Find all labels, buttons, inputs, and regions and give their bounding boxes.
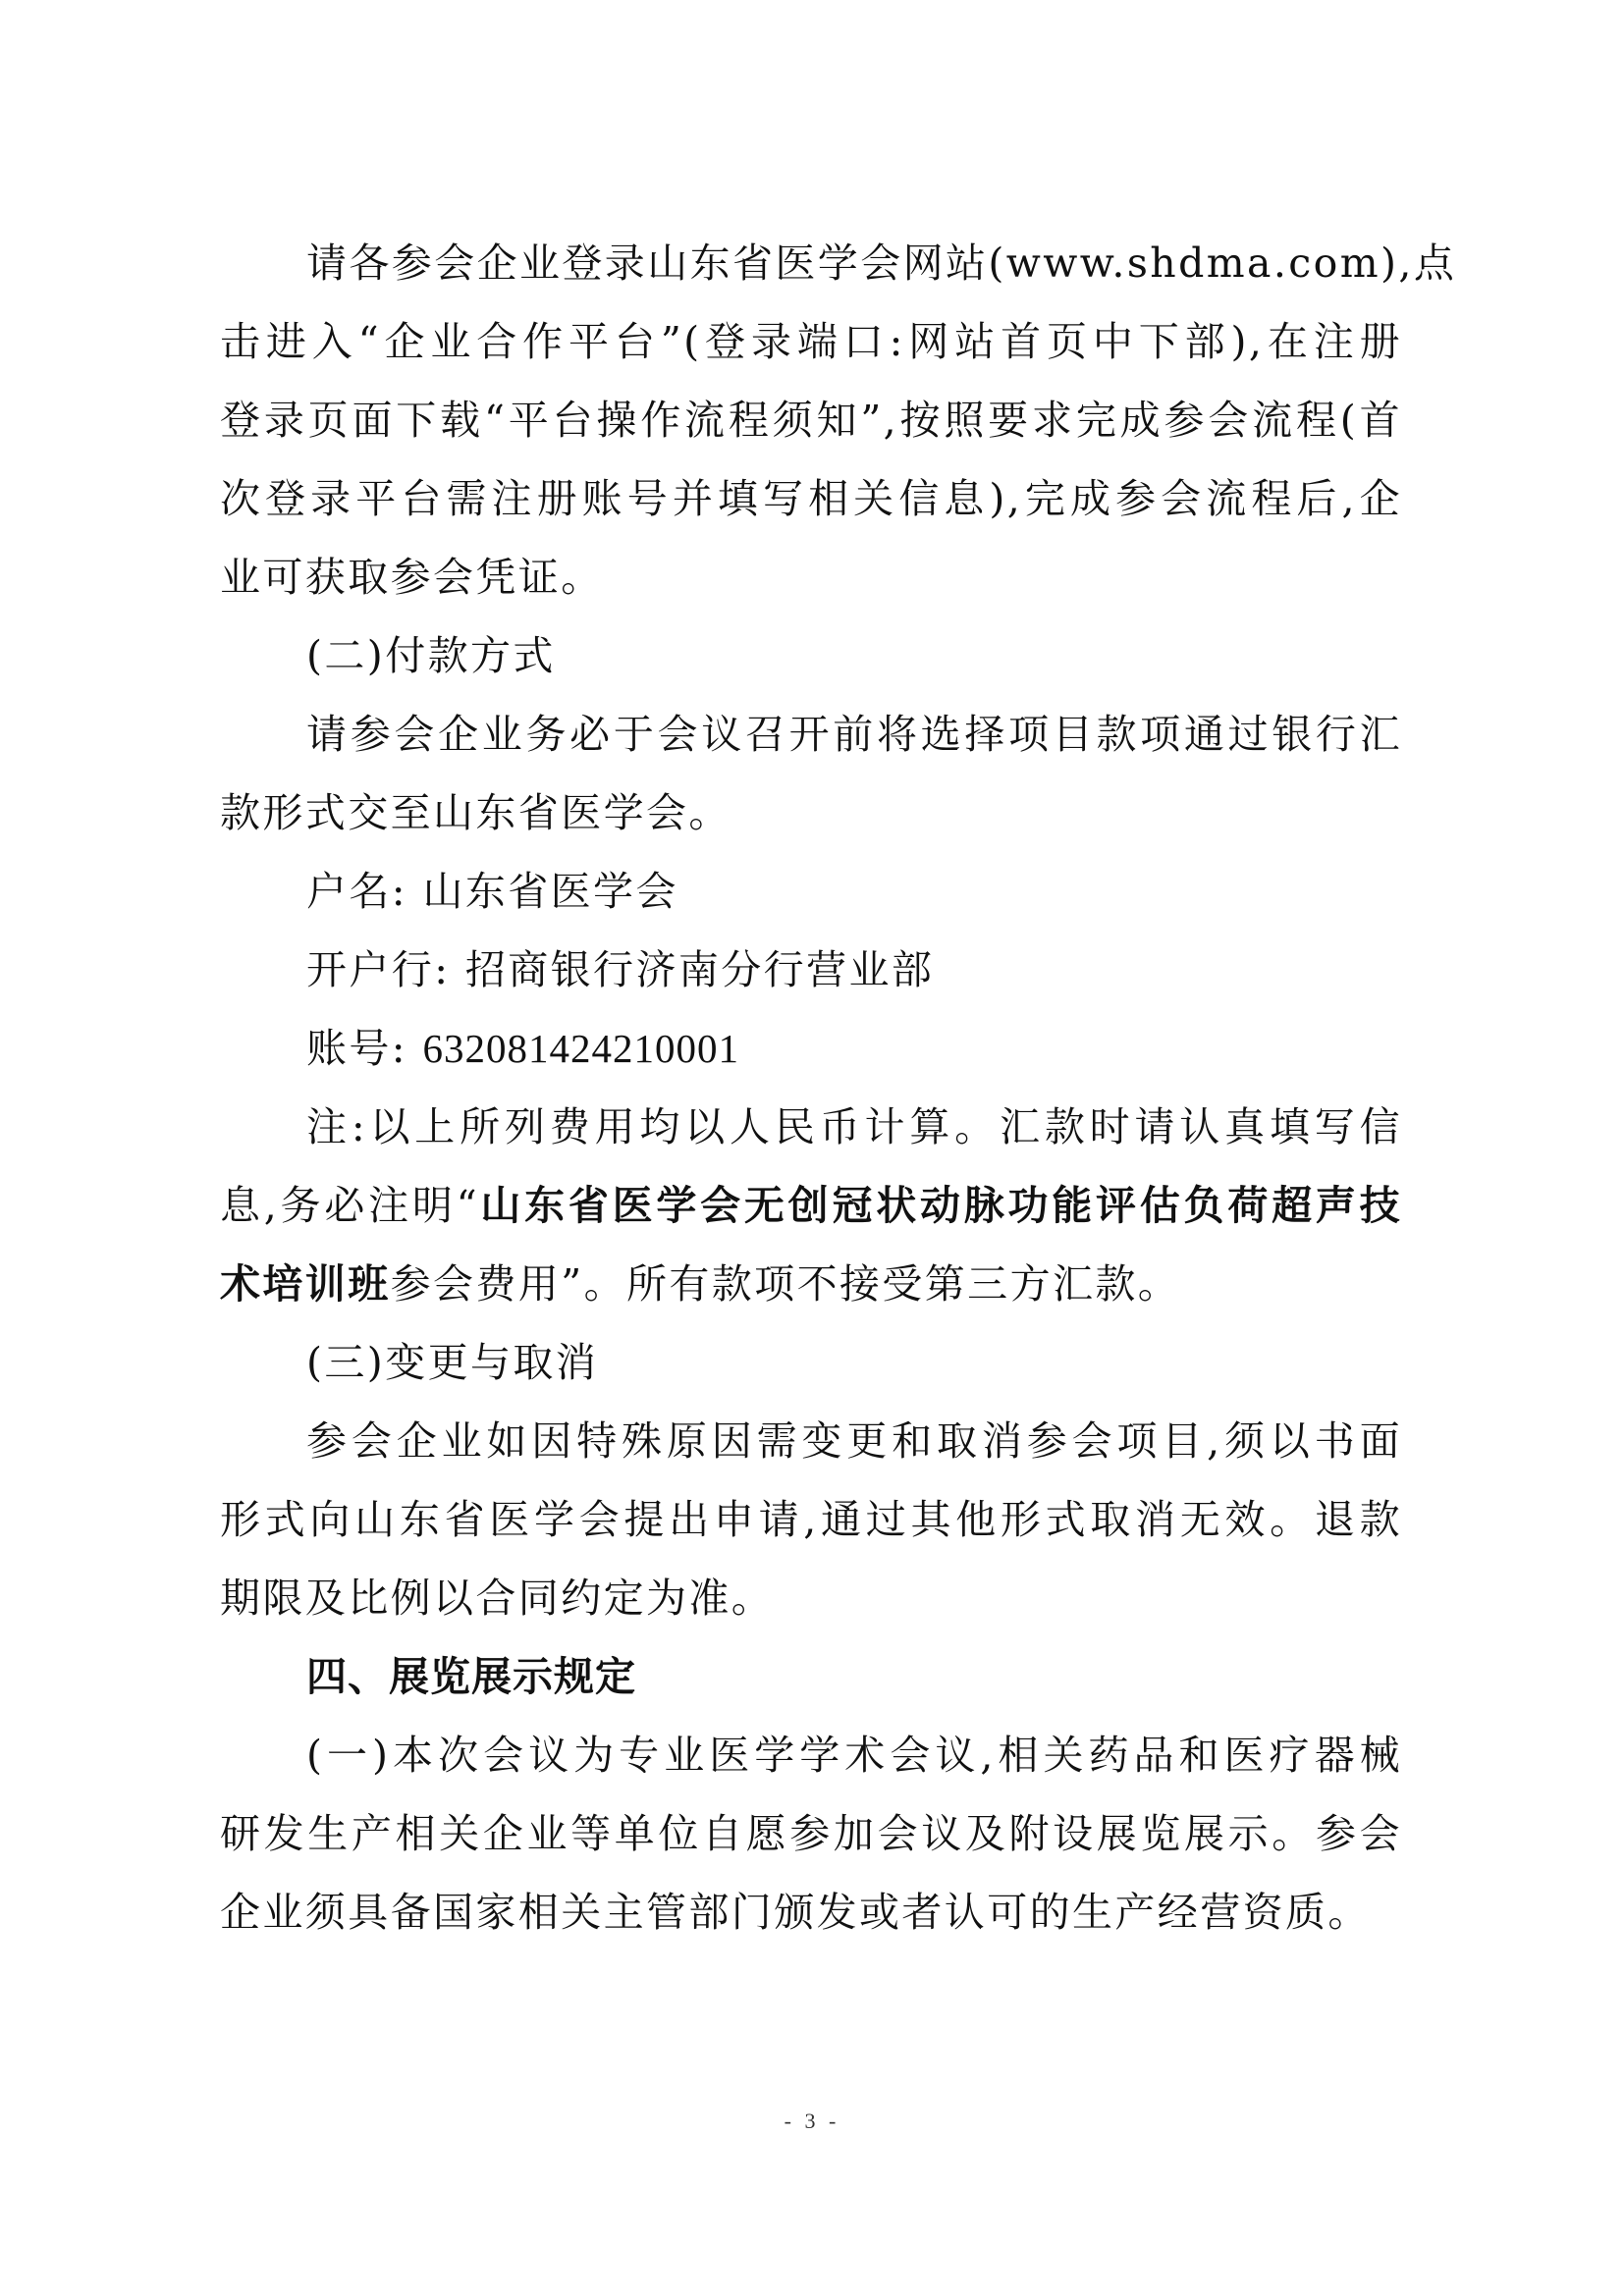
paragraph-registration-line-1: 请各参会企业登录山东省医学会网站(www.shdma.com),点 (220, 224, 1402, 302)
account-number-value: 632081424210001 (422, 1026, 739, 1071)
page-number: - 3 - (0, 2109, 1624, 2134)
paragraph-exhibition-line-2: 研发生产相关企业等单位自愿参加会议及附设展览展示。参会 (220, 1794, 1402, 1873)
paragraph-payment-line-1: 请参会企业务必于会议召开前将选择项目款项通过银行汇 (220, 695, 1402, 774)
note-rest: 参会费用”。所有款项不接受第三方汇款。 (391, 1260, 1181, 1308)
paragraph-change-line-1: 参会企业如因特殊原因需变更和取消参会项目,须以书面 (220, 1402, 1402, 1480)
document-page: 请各参会企业登录山东省医学会网站(www.shdma.com),点 击进入“企业… (0, 0, 1624, 2296)
account-bank-value: 招商银行济南分行营业部 (465, 946, 934, 993)
paragraph-registration-line-5: 业可获取参会凭证。 (220, 538, 1402, 616)
note-prefix: 息,务必注明“ (220, 1182, 479, 1229)
paragraph-change-line-3: 期限及比例以合同约定为准。 (220, 1559, 1402, 1637)
account-number-label: 账号: (306, 1025, 407, 1072)
account-name-label: 户名: (306, 868, 407, 915)
account-bank-row: 开户行: 招商银行济南分行营业部 (220, 931, 1402, 1009)
paragraph-exhibition-line-1: (一)本次会议为专业医学学术会议,相关药品和医疗器械 (220, 1716, 1402, 1794)
account-name-value: 山东省医学会 (422, 868, 677, 915)
subheading-payment-method: (二)付款方式 (220, 616, 1402, 695)
paragraph-registration-line-2: 击进入“企业合作平台”(登录端口:网站首页中下部),在注册 (220, 302, 1402, 381)
paragraph-change-line-2: 形式向山东省医学会提出申请,通过其他形式取消无效。退款 (220, 1480, 1402, 1559)
paragraph-registration-line-3: 登录页面下载“平台操作流程须知”,按照要求完成参会流程(首 (220, 381, 1402, 459)
paragraph-note-line-1: 注:以上所列费用均以人民币计算。汇款时请认真填写信 (220, 1088, 1402, 1166)
note-course-name-bold-cont: 术培训班 (220, 1260, 391, 1308)
paragraph-payment-line-2: 款形式交至山东省医学会。 (220, 774, 1402, 852)
paragraph-note-line-2: 息,务必注明“山东省医学会无创冠状动脉功能评估负荷超声技 (220, 1166, 1402, 1245)
paragraph-note-line-3: 术培训班参会费用”。所有款项不接受第三方汇款。 (220, 1245, 1402, 1323)
paragraph-registration-line-4: 次登录平台需注册账号并填写相关信息),完成参会流程后,企 (220, 459, 1402, 538)
paragraph-exhibition-line-3: 企业须具备国家相关主管部门颁发或者认可的生产经营资质。 (220, 1873, 1402, 1951)
document-body: 请各参会企业登录山东省医学会网站(www.shdma.com),点 击进入“企业… (220, 224, 1402, 1951)
account-number-row: 账号: 632081424210001 (220, 1009, 1402, 1088)
section-heading-exhibition-rules: 四、展览展示规定 (220, 1637, 1402, 1716)
account-name-row: 户名: 山东省医学会 (220, 852, 1402, 931)
subheading-change-cancel: (三)变更与取消 (220, 1323, 1402, 1402)
account-bank-label: 开户行: (306, 946, 450, 993)
note-course-name-bold: 山东省医学会无创冠状动脉功能评估负荷超声技 (479, 1182, 1402, 1229)
